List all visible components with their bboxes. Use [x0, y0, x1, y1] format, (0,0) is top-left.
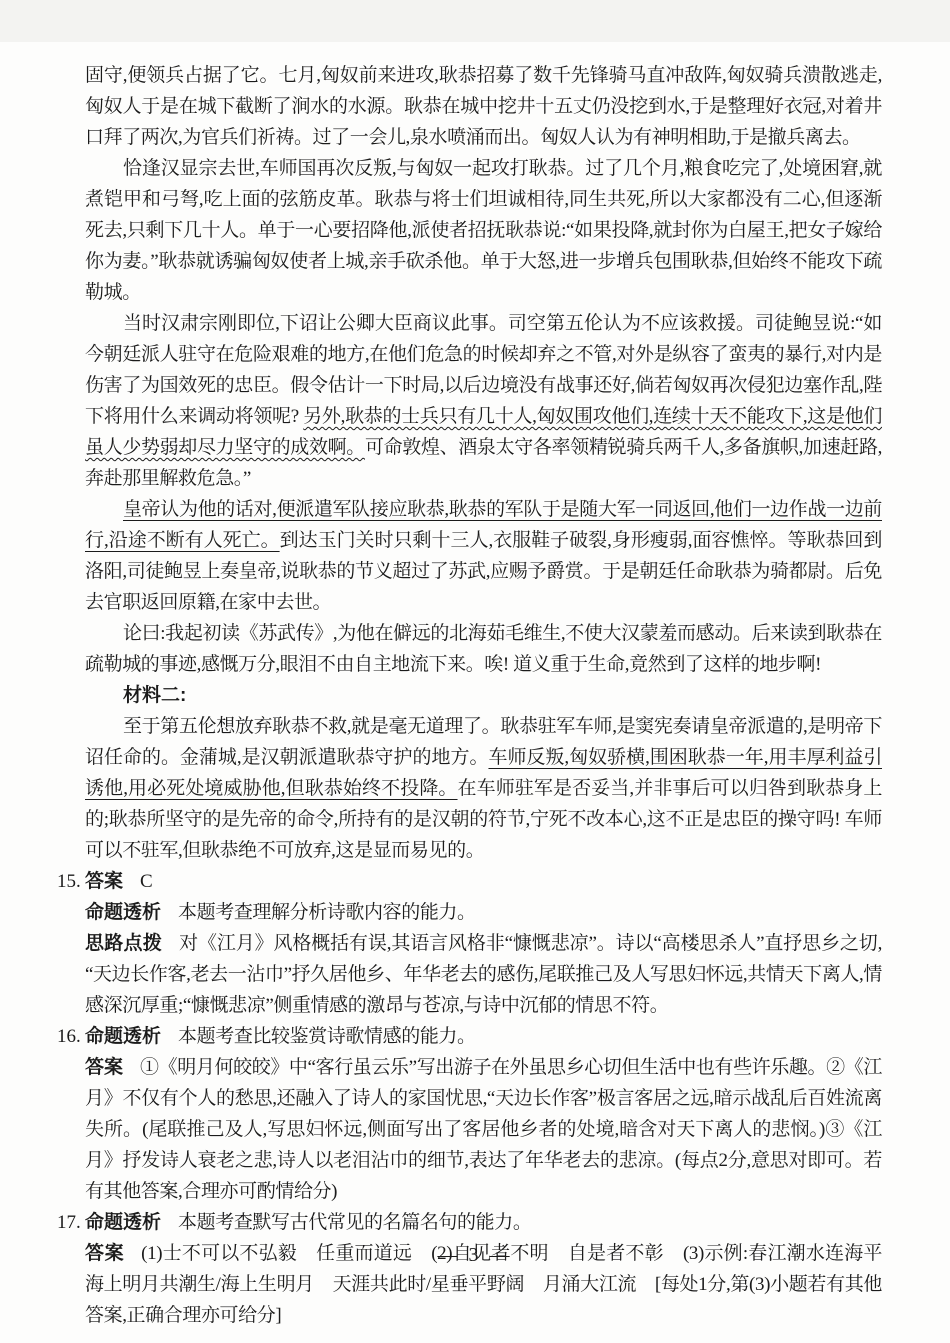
q15-tips-line: 思路点拨对《江月》风格概括有误,其语言风格非“慷慨悲凉”。诗以“高楼思杀人”直抒… — [85, 928, 882, 1021]
material1-paragraph-5: 论曰:我起初读《苏武传》,为他在僻远的北海茹毛维生,不使大汉蒙羞而感动。后来读到… — [85, 618, 882, 680]
q15-analysis-text: 本题考查理解分析诗歌内容的能力。 — [178, 902, 476, 923]
q17-number: 17. — [57, 1207, 81, 1238]
q16-answer-line: 答案①《明月何皎皎》中“客行虽云乐”写出游子在外虽思乡心切但生活中也有些许乐趣。… — [85, 1052, 882, 1207]
q15-tips-label: 思路点拨 — [85, 933, 162, 954]
scan-artifact-band — [0, 0, 950, 42]
q16-number: 16. — [57, 1021, 81, 1052]
material1-paragraph-3: 当时汉肃宗刚即位,下诏让公卿大臣商议此事。司空第五伦认为不应该救援。司徒鲍昱说:… — [85, 308, 882, 494]
q15-answer-line: 15.答案C — [85, 866, 882, 897]
q16-answer-text: ①《明月何皎皎》中“客行虽云乐”写出游子在外虽思乡心切但生活中也有些许乐趣。②《… — [85, 1057, 882, 1202]
question-17-block: 17.命题透析本题考查默写古代常见的名篇名句的能力。 答案(1)士不可以不弘毅 … — [85, 1207, 882, 1331]
q16-analysis-label: 命题透析 — [85, 1026, 161, 1047]
q15-answer-choice: C — [140, 871, 152, 892]
material2-paragraph-1: 至于第五伦想放弃耿恭不救,就是毫无道理了。耿恭驻军车师,是窦宪奏请皇帝派遣的,是… — [85, 711, 882, 866]
q16-analysis-line: 16.命题透析本题考查比较鉴赏诗歌情感的能力。 — [85, 1021, 882, 1052]
material1-paragraph-2: 恰逢汉显宗去世,车师国再次反叛,与匈奴一起攻打耿恭。过了几个月,粮食吃完了,处境… — [85, 153, 882, 308]
material2-heading-line: 材料二: — [85, 680, 882, 711]
question-16-block: 16.命题透析本题考查比较鉴赏诗歌情感的能力。 答案①《明月何皎皎》中“客行虽云… — [85, 1021, 882, 1207]
q17-analysis-text: 本题考查默写古代常见的名篇名句的能力。 — [178, 1212, 531, 1233]
q17-analysis-line: 17.命题透析本题考查默写古代常见的名篇名句的能力。 — [85, 1207, 882, 1238]
q16-analysis-text: 本题考查比较鉴赏诗歌情感的能力。 — [178, 1026, 476, 1047]
q15-analysis-label: 命题透析 — [85, 902, 161, 923]
material1-paragraph-4: 皇帝认为他的话对,便派遣军队接应耿恭,耿恭的军队于是随大军一同返回,他们一边作战… — [85, 494, 882, 618]
q17-analysis-label: 命题透析 — [85, 1212, 161, 1233]
q15-number: 15. — [57, 866, 81, 897]
material2-heading: 材料二: — [123, 685, 186, 706]
q15-tips-text: 对《江月》风格概括有误,其语言风格非“慷慨悲凉”。诗以“高楼思杀人”直抒思乡之切… — [85, 933, 882, 1016]
q16-answer-label: 答案 — [85, 1057, 123, 1078]
question-15-block: 15.答案C 命题透析本题考查理解分析诗歌内容的能力。 思路点拨对《江月》风格概… — [85, 866, 882, 1021]
q15-analysis-line: 命题透析本题考查理解分析诗歌内容的能力。 — [85, 897, 882, 928]
q15-answer-label: 答案 — [85, 871, 123, 892]
material1-paragraph-1: 固守,便领兵占据了它。七月,匈奴前来进攻,耿恭招募了数千先锋骑马直冲敌阵,匈奴骑… — [85, 60, 882, 153]
document-page: 固守,便领兵占据了它。七月,匈奴前来进攻,耿恭招募了数千先锋骑马直冲敌阵,匈奴骑… — [0, 0, 950, 1343]
page-content: 固守,便领兵占据了它。七月,匈奴前来进攻,耿恭招募了数千先锋骑马直冲敌阵,匈奴骑… — [85, 60, 882, 1331]
page-number: — 3 — — [0, 1244, 950, 1267]
